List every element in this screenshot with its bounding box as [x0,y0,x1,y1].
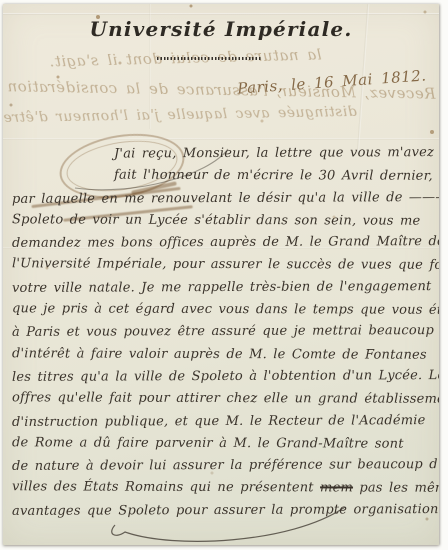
handwritten-line: Spoleto de voir un Lycée s'établir dans … [12,209,436,233]
handwritten-line: d'instruction publique, et que M. le Rec… [12,410,436,434]
handwritten-line: l'Université Impériale, pour assurer le … [12,254,436,278]
handwritten-line: par laquelle en me renouvelant le désir … [12,187,436,211]
letter-body: J'ai reçu, Monsieur, la lettre que vous … [12,143,436,522]
handwritten-line: d'intérêt à faire valoir auprès de M. le… [12,343,436,367]
handwritten-line: que je pris à cet égard avec vous dans l… [12,298,436,322]
letterhead-title: Université Impériale. [3,17,439,41]
handwritten-line: de nature à devoir lui assurer la préfér… [12,454,436,478]
handwritten-line: offres qu'elle fait pour attirer chez el… [12,388,436,412]
letterhead-dotted-rule [157,57,261,60]
handwritten-line: fait l'honneur de m'écrire le 30 Avril d… [12,165,436,189]
paper-fold-crease [3,138,439,140]
handwritten-line: J'ai reçu, Monsieur, la lettre que vous … [12,142,436,166]
letter-paper: la nature de celui dont il s'agit.Receve… [3,4,439,545]
handwritten-line: de Rome a dû faire parvenir à M. le Gran… [12,432,436,456]
paper-fold-crease [3,13,439,15]
handwritten-line: votre ville natale. Je me rappelle très-… [12,276,436,300]
handwritten-line: à Paris et vous pouvez être assuré que j… [12,320,436,344]
handwritten-line: les titres qu'a la ville de Spoleto à l'… [12,365,436,389]
handwritten-line: villes des États Romains qui ne présente… [12,477,436,501]
handwritten-line: demandez mes bons offices auprès de M. l… [12,231,436,255]
bleedthrough-line: distinguée avec laquelle j'ai l'honneur … [3,104,357,126]
handwritten-line: avantages que Spoleto pour assurer la pr… [12,499,436,523]
scanned-letter-view: { "scan": { "background_color": "#fbfbf8… [0,0,448,550]
foxing-specks [3,4,5,6]
